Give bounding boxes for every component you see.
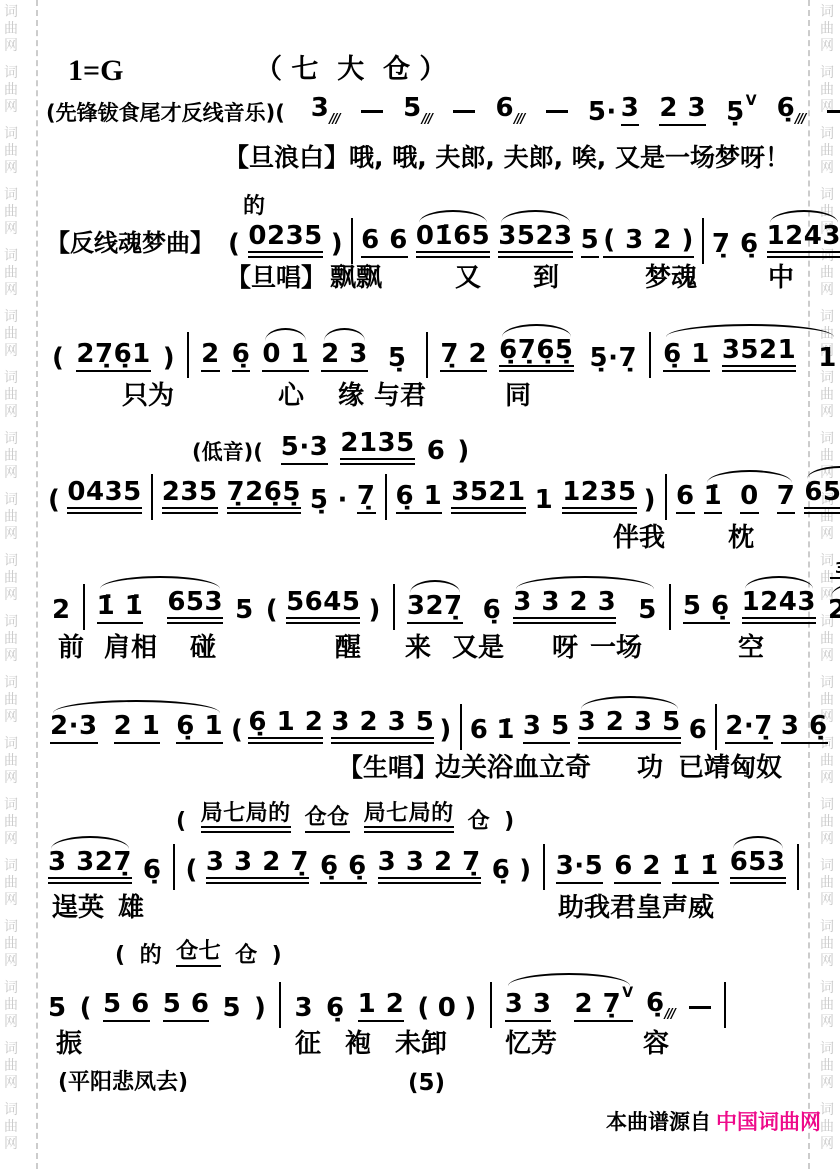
note-token: 0 <box>740 483 759 514</box>
watermark-char: 网 <box>820 1014 834 1031</box>
watermark-char: 词 <box>820 309 834 326</box>
watermark-char: 曲 <box>820 936 834 953</box>
note-token: 1 2 <box>358 991 405 1022</box>
lyrics-row-5-text: 【生唱】 <box>338 754 438 783</box>
music-row-2: (27̣6̣1)26̣0 12 35̣7̣ 26̣7̣6̣5̣5̣·7̣6̣ 1… <box>52 332 837 372</box>
note-token: 2 3 <box>659 95 706 126</box>
note-token: 6̣/// <box>646 990 674 1022</box>
grace-word-row-text: 的 <box>243 194 265 219</box>
watermark-group: 词曲网 <box>820 858 834 909</box>
watermark-char: 网 <box>4 953 18 970</box>
watermark-group: 词曲网 <box>820 1041 834 1092</box>
watermark-group: 词曲网 <box>4 248 18 299</box>
watermark-char: 曲 <box>820 997 834 1014</box>
note-token: 7̣ <box>357 483 376 514</box>
watermark-char: 词 <box>820 4 834 21</box>
watermark-char: 网 <box>4 1075 18 1092</box>
note-token: 7̣ 2 <box>440 341 487 372</box>
note-token: ( 3 2 ) <box>603 227 694 258</box>
watermark-group: 词曲网 <box>820 980 834 1031</box>
watermark-char: 曲 <box>4 82 18 99</box>
note-token: ) <box>254 995 266 1022</box>
lyrics-row-2-text: 与君 <box>374 382 426 412</box>
lyrics-row-2-text: 只为 <box>122 382 174 412</box>
watermark-char: 曲 <box>820 21 834 38</box>
note-token: 653 <box>730 849 786 884</box>
note-token: ) <box>464 995 476 1022</box>
watermark-char: 曲 <box>4 1119 18 1136</box>
note-token: ( <box>48 487 60 514</box>
lyrics-row-5-text: 边关浴血立奇 <box>435 754 591 784</box>
source-row-text: 本曲谱源自 <box>606 1110 711 1134</box>
note-token: 6535 <box>804 479 840 514</box>
watermark-char: 网 <box>4 709 18 726</box>
note-token: 6 <box>427 438 446 465</box>
note-token: 1̇ 1̇ <box>672 853 719 884</box>
note-token: 3 6̣ <box>781 713 828 744</box>
note-token: 2·7̣ <box>725 713 773 744</box>
note-token: 局七局的 <box>201 802 291 833</box>
score-page: 词曲网词曲网词曲网词曲网词曲网词曲网词曲网词曲网词曲网词曲网词曲网词曲网词曲网词… <box>0 0 840 1169</box>
note-group: 6̣ 135211 <box>663 337 837 372</box>
lyrics-row-6-text: 雄 <box>118 894 144 924</box>
note-token: 6 <box>689 717 708 744</box>
note-token: 5 <box>581 227 600 258</box>
lyrics-row-4-text: 来 <box>405 634 431 664</box>
watermark-char: 词 <box>820 187 834 204</box>
note-token: ) <box>519 857 531 884</box>
note-token: 5645 <box>286 589 360 624</box>
note-token: 3 3 <box>505 991 552 1022</box>
lyrics-row-3-text: 伴我 <box>613 524 665 554</box>
watermark-char: 曲 <box>4 21 18 38</box>
lyrics-row-7-text: 忆芳 <box>505 1030 557 1060</box>
barline <box>279 982 281 1028</box>
qupai-music-row: 【反线魂梦曲】(0235)6 601̇6535235( 3 2 )7̣ 6̣12… <box>46 218 840 258</box>
note-token: 5 6̣ <box>683 593 730 624</box>
watermark-char: 网 <box>820 892 834 909</box>
note-token: ( <box>266 597 278 624</box>
watermark-char: 曲 <box>4 875 18 892</box>
lyrics-row-4-text: 碰 <box>190 634 216 664</box>
note-token: 1235 <box>562 479 636 514</box>
note-token: 3 <box>294 995 313 1022</box>
watermark-char: 网 <box>820 648 834 665</box>
lyrics-row-6-text: 逞英 <box>52 894 104 924</box>
lyrics-row-7-text: 征 <box>295 1030 321 1060</box>
note-token: 3521 <box>451 479 525 514</box>
note-token: 1 <box>535 487 554 514</box>
watermark-char: 词 <box>820 858 834 875</box>
watermark-char: 网 <box>820 404 834 421</box>
watermark-group: 词曲网 <box>4 675 18 726</box>
note-token-triplet: 2·3 <box>828 597 840 624</box>
watermark-char: 网 <box>820 1075 834 1092</box>
note-token: ( <box>417 995 429 1022</box>
note-token: 6̣/// <box>777 95 805 127</box>
watermark-char: 词 <box>4 797 18 814</box>
watermark-group: 词曲网 <box>4 126 18 177</box>
note-token: 6̣ 1 <box>176 713 223 744</box>
watermark-char: 曲 <box>4 326 18 343</box>
note-token: 3·5 <box>556 853 604 884</box>
lyrics-row-2-text: 同 <box>505 382 531 412</box>
lyrics-row-2-text: 缘 <box>338 382 364 412</box>
note-token: 1243 <box>742 589 816 624</box>
note-token: 1243 <box>767 223 840 258</box>
watermark-char: 词 <box>4 675 18 692</box>
watermark-char: 网 <box>4 465 18 482</box>
lyrics-row-4-text: 肩 <box>104 634 130 664</box>
note-token: 1̇ <box>496 717 515 744</box>
left-dashed-rule <box>36 0 38 1169</box>
watermark-char: 曲 <box>4 570 18 587</box>
watermark-char: 曲 <box>4 204 18 221</box>
watermark-char: 曲 <box>4 1058 18 1075</box>
watermark-char: 网 <box>820 282 834 299</box>
watermark-char: 词 <box>4 1102 18 1119</box>
lyrics-row-4-text: 空 <box>738 634 764 664</box>
note-token: 6̣ 1 2 <box>248 709 323 744</box>
note-token: 27̣6̣1 <box>76 341 150 372</box>
lowvoice-row: (低音)(5·321356) <box>192 430 470 465</box>
barline <box>702 218 704 264</box>
watermark-group: 词曲网 <box>820 919 834 970</box>
lyrics-row-7-text: 袍 <box>345 1030 371 1060</box>
watermark-char: 曲 <box>4 692 18 709</box>
note-token: ) <box>457 438 469 465</box>
note-token: ) <box>331 231 343 258</box>
note-token: 6 <box>470 717 489 744</box>
watermark-char: 网 <box>4 526 18 543</box>
watermark-char: 网 <box>4 160 18 177</box>
tremolo-mark: /// <box>329 112 339 127</box>
note-token: 的 <box>140 944 163 967</box>
watermark-char: 词 <box>4 309 18 326</box>
note-token: 仓 <box>468 810 491 833</box>
note-token: 2·3 <box>50 713 98 744</box>
note-token: 5/// <box>403 95 431 127</box>
barline <box>543 844 545 890</box>
header-row-text: （ 七 大 仓 ） <box>255 54 446 85</box>
note-token: 6̣ <box>326 995 345 1022</box>
lyrics-row-6-text: 助我君皇声威 <box>558 894 714 924</box>
duration-dash <box>546 110 568 113</box>
watermark-char: 词 <box>4 919 18 936</box>
lyrics-row-7-text: 容 <box>643 1030 669 1060</box>
watermark-group: 词曲网 <box>4 4 18 55</box>
watermark-char: 曲 <box>820 265 834 282</box>
note-group: 1̇07 <box>704 483 796 514</box>
note-token: ) <box>272 944 283 967</box>
note-token: 5 6 <box>103 991 150 1022</box>
note-token: 6 <box>676 483 695 514</box>
watermark-char: 词 <box>820 980 834 997</box>
watermark-char: 网 <box>4 343 18 360</box>
watermark-char: 曲 <box>4 509 18 526</box>
note-token: 2 1 <box>114 713 161 744</box>
watermark-char: 词 <box>4 553 18 570</box>
watermark-group: 词曲网 <box>4 309 18 360</box>
lyrics-row-1-text: 中 <box>768 264 794 294</box>
note-group: 3 32 7̣V <box>505 986 633 1022</box>
note-token: 5 <box>638 597 657 624</box>
watermark-char: 曲 <box>820 753 834 770</box>
note-token: 1 <box>818 345 837 372</box>
lyrics-row-7-text: 未卸 <box>395 1030 447 1060</box>
footer-row-text: (平阳悲凤去) <box>58 1070 188 1095</box>
note-token: 3/// <box>311 95 339 127</box>
watermark-char: 词 <box>4 4 18 21</box>
source-row-text: 中国词曲网 <box>716 1110 821 1134</box>
watermark-group: 词曲网 <box>820 4 834 55</box>
barline <box>460 704 462 750</box>
intro-music-row: (先锋钹食尾才反线音乐)(3///5///6///5·32 35̣V6̣///) <box>46 94 840 126</box>
tremolo-mark: /// <box>422 112 432 127</box>
watermark-char: 曲 <box>4 387 18 404</box>
note-group: 1̇ 1̇653 <box>97 589 224 624</box>
note-token: · <box>338 487 348 514</box>
watermark-left: 词曲网词曲网词曲网词曲网词曲网词曲网词曲网词曲网词曲网词曲网词曲网词曲网词曲网词… <box>4 4 18 1163</box>
note-token: 仓仓 <box>305 806 350 833</box>
barline <box>393 584 395 630</box>
note-token: 5̣ <box>310 487 329 514</box>
watermark-char: 词 <box>820 797 834 814</box>
lyrics-row-1-text: 飘飘 <box>330 264 382 294</box>
lyrics-row-4-text: 醒 <box>335 634 361 664</box>
watermark-group: 词曲网 <box>4 919 18 970</box>
note-token: 3 2 3 5 <box>578 709 681 744</box>
watermark-char: 曲 <box>820 1058 834 1075</box>
watermark-group: 词曲网 <box>820 370 834 421</box>
barline <box>173 844 175 890</box>
watermark-char: 曲 <box>820 143 834 160</box>
lyrics-row-5-text: 功 <box>637 754 663 784</box>
note-token: 1̇ <box>704 483 723 514</box>
watermark-char: 网 <box>4 221 18 238</box>
note-token: 2 3 <box>321 341 368 372</box>
note-token: 1̇ 1̇ <box>97 593 144 624</box>
note-token: 5 6 <box>163 991 210 1022</box>
watermark-char: 词 <box>4 126 18 143</box>
note-token: ( <box>176 810 187 833</box>
watermark-char: 词 <box>4 187 18 204</box>
tremolo-mark: /// <box>514 112 524 127</box>
watermark-char: 词 <box>4 65 18 82</box>
watermark-char: 网 <box>4 648 18 665</box>
watermark-char: 网 <box>820 831 834 848</box>
note-group: 2·32 16̣ 1 <box>50 713 223 744</box>
note-token: 2135 <box>340 430 414 465</box>
watermark-char: 词 <box>4 431 18 448</box>
watermark-char: 词 <box>820 65 834 82</box>
music-row-5: 2·32 16̣ 1(6̣ 1 23 2 3 5)61̇3 53 2 3 562… <box>50 704 828 744</box>
note-token: 6 6 <box>361 227 408 258</box>
duration-dash <box>827 110 840 113</box>
watermark-char: 词 <box>820 126 834 143</box>
barline <box>187 332 189 378</box>
watermark-char: 词 <box>4 492 18 509</box>
duration-dash <box>689 1006 711 1009</box>
note-token: 3 327̣ <box>48 849 132 884</box>
watermark-group: 词曲网 <box>4 858 18 909</box>
watermark-group: 词曲网 <box>4 980 18 1031</box>
lyrics-row-4-text: 一场 <box>590 634 642 664</box>
watermark-char: 曲 <box>820 814 834 831</box>
barline <box>83 584 85 630</box>
watermark-char: 词 <box>820 675 834 692</box>
note-token: 仓七 <box>176 940 221 967</box>
watermark-char: 曲 <box>4 936 18 953</box>
watermark-char: 曲 <box>820 1119 834 1136</box>
note-token: 0435 <box>67 479 141 514</box>
watermark-char: 曲 <box>4 143 18 160</box>
lyrics-row-4-text: 相 <box>131 634 157 664</box>
note-token: 3521 <box>722 337 796 372</box>
watermark-char: 网 <box>4 587 18 604</box>
tremolo-mark: /// <box>665 1007 675 1022</box>
watermark-char: 词 <box>820 1102 834 1119</box>
watermark-char: 网 <box>820 1136 834 1153</box>
note-token: 6̣ 1 <box>663 341 710 372</box>
music-row-6: 3 327̣6̣(3 3 2 7̣6̣ 6̣3 3 2 7̣6̣)3·56 21… <box>48 844 799 884</box>
note-token: 0 <box>438 995 457 1022</box>
watermark-group: 词曲网 <box>4 1102 18 1153</box>
note-token: ( <box>115 944 126 967</box>
watermark-char: 网 <box>4 404 18 421</box>
breath-mark: V <box>622 985 633 1001</box>
note-token: 3523 <box>498 223 572 258</box>
watermark-char: 词 <box>4 248 18 265</box>
lyrics-row-7-text: 振 <box>56 1030 82 1060</box>
qupai-music-row-label: 【反线魂梦曲】 <box>46 229 214 258</box>
note-token: ( <box>52 345 64 372</box>
watermark-group: 词曲网 <box>4 614 18 665</box>
barline <box>351 218 353 264</box>
watermark-char: 词 <box>4 1041 18 1058</box>
note-token: 235 <box>162 479 218 514</box>
note-token: 653 <box>167 589 223 624</box>
watermark-char: 曲 <box>820 875 834 892</box>
note-token: 2 <box>201 341 220 372</box>
note-token: 5 <box>222 995 241 1022</box>
note-token: 6̣ <box>143 857 162 884</box>
watermark-group: 词曲网 <box>4 736 18 787</box>
header-row-text: 1=G <box>68 54 123 89</box>
note-token: 6̣7̣6̣5̣ <box>499 337 573 372</box>
lyrics-row-4-text: 又是 <box>452 634 504 664</box>
watermark-char: 曲 <box>4 814 18 831</box>
note-token: ) <box>644 487 656 514</box>
note-token: 7 <box>777 483 796 514</box>
spoken-line-row-text: 【旦浪白】哦, 哦, 夫郎, 夫郎, 唉, 又是一场梦呀！ <box>224 144 790 173</box>
watermark-char: 网 <box>4 38 18 55</box>
duration-dash <box>453 110 475 113</box>
note-token: 仓 <box>235 944 258 967</box>
watermark-char: 网 <box>4 1014 18 1031</box>
note-token: ) <box>163 345 175 372</box>
watermark-char: 曲 <box>4 997 18 1014</box>
watermark-char: 词 <box>4 858 18 875</box>
lyrics-row-4-text: 呀 <box>552 634 578 664</box>
note-token: 5·3 <box>281 434 329 465</box>
barline <box>724 982 726 1028</box>
note-token: 3 3 2 7̣ <box>206 849 309 884</box>
watermark-group: 词曲网 <box>820 1102 834 1153</box>
barline <box>426 332 428 378</box>
watermark-char: 曲 <box>4 753 18 770</box>
percussion-label-row-2: (的仓七仓) <box>115 940 282 967</box>
watermark-char: 曲 <box>4 265 18 282</box>
watermark-group: 词曲网 <box>820 797 834 848</box>
note-token: 局七局的 <box>364 802 454 833</box>
watermark-char: 词 <box>820 1041 834 1058</box>
watermark-char: 曲 <box>4 631 18 648</box>
watermark-char: 曲 <box>820 448 834 465</box>
note-token: ( <box>80 995 92 1022</box>
percussion-label-row-1: (局七局的仓仓局七局的仓) <box>176 802 515 833</box>
watermark-char: 网 <box>4 1136 18 1153</box>
watermark-char: 词 <box>820 919 834 936</box>
note-token: 7̣ 6̣ <box>712 231 759 258</box>
barline <box>797 844 799 890</box>
note-group: 3 3 2 35 <box>513 589 657 624</box>
intro-music-row-label: (先锋钹食尾才反线音乐)( <box>46 101 285 126</box>
barline <box>649 332 651 378</box>
barline <box>715 704 717 750</box>
note-token: 01̇65 <box>416 223 490 258</box>
note-token: ( <box>186 857 198 884</box>
watermark-group: 词曲网 <box>4 370 18 421</box>
note-token: 0 1 <box>262 341 309 372</box>
note-token: 2 7̣V <box>574 986 633 1022</box>
music-row-3: (04352357̣26̣5̣5̣·7̣6̣ 1352111235)61̇076… <box>48 474 840 514</box>
barline <box>490 982 492 1028</box>
watermark-group: 词曲网 <box>4 797 18 848</box>
tremolo-mark: /// <box>795 112 805 127</box>
lyrics-row-3-text: 枕 <box>728 524 754 554</box>
note-token: ) <box>368 597 380 624</box>
note-token: 0235 <box>248 223 322 258</box>
note-token: ) <box>504 810 515 833</box>
watermark-char: 词 <box>4 370 18 387</box>
note-token: 6 2 <box>614 853 661 884</box>
watermark-char: 词 <box>4 736 18 753</box>
note-token: 6̣ <box>492 857 511 884</box>
note-token: 3 2 3 5 <box>331 709 434 744</box>
watermark-group: 词曲网 <box>820 126 834 177</box>
music-row-7: 5(5 65 65)36̣1 2(0)3 32 7̣V6̣/// <box>48 982 726 1022</box>
watermark-char: 词 <box>4 614 18 631</box>
lyrics-row-1-text: 到 <box>533 264 559 294</box>
watermark-char: 网 <box>820 770 834 787</box>
music-row-4: 21̇ 1̇6535(5645)327̣6̣3 3 2 355 6̣12432·… <box>52 584 840 624</box>
watermark-char: 网 <box>820 160 834 177</box>
watermark-group: 词曲网 <box>4 187 18 238</box>
lyrics-row-1-text: 【旦唱】 <box>226 264 326 293</box>
barline <box>151 474 153 520</box>
watermark-char: 网 <box>4 282 18 299</box>
note-token: 3 5 <box>523 713 570 744</box>
note-token: ( <box>228 231 240 258</box>
watermark-char: 网 <box>4 831 18 848</box>
duration-dash <box>361 110 383 113</box>
lyrics-row-5-text: 已靖匈奴 <box>678 754 782 784</box>
watermark-char: 词 <box>820 431 834 448</box>
lyrics-row-1-text: 又 <box>455 264 481 294</box>
note-token: 5 <box>48 995 67 1022</box>
note-token: 6̣ 1 <box>396 483 443 514</box>
